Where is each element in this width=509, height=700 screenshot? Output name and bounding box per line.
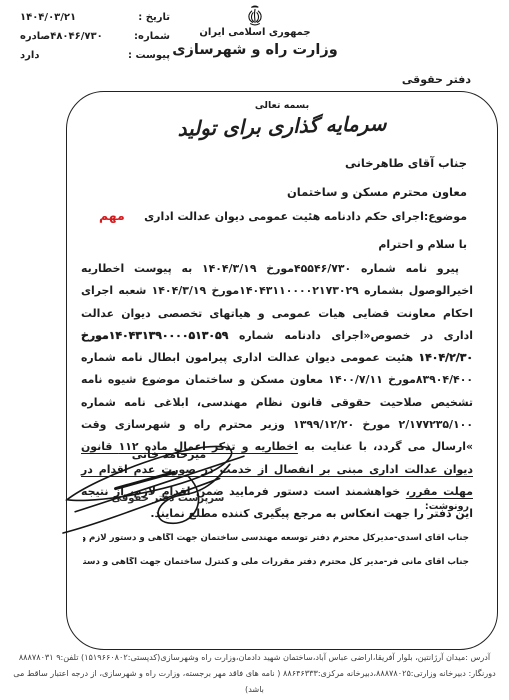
year-slogan-calligraphy: سرمایه گذاری برای تولید [67,108,497,143]
letter-page: تاریخ : ۱۴۰۴/۰۳/۲۱ شماره: ۴۸۰۴۶/۷۳۰صادره… [0,0,509,700]
attachment-value: دارد [20,50,39,61]
salutation: با سلام و احترام [378,238,467,251]
iran-emblem-icon [244,5,266,27]
date-label: تاریخ : [138,12,170,23]
letter-meta-block: تاریخ : ۱۴۰۴/۰۳/۲۱ شماره: ۴۸۰۴۶/۷۳۰صادره… [20,12,170,69]
meta-date-row: تاریخ : ۱۴۰۴/۰۳/۲۱ [20,12,170,31]
recipient-title: معاون محترم مسکن و ساختمان [287,185,467,199]
subject-line: موضوع:اجرای حکم دادنامه هئیت عمومی دیوان… [144,210,467,223]
ministry-title: وزارت راه و شهرسازی [140,42,370,58]
date-value: ۱۴۰۴/۰۳/۲۱ [20,12,76,23]
office-title: دفتر حقوقی [402,73,471,86]
important-badge: مهم [99,208,125,223]
number-value: ۴۸۰۴۶/۷۳۰صادره [20,31,103,42]
footer-fax-line: دورنگار: دبیرخانه وزارتی:۸۸۸۷۸۰۲۵،دبیرخا… [6,665,503,697]
country-title: جمهوری اسلامی ایران [155,27,355,38]
letter-frame: بسمه تعالی سرمایه گذاری برای تولید جناب … [66,91,498,650]
cc-label: رونوشت: [425,501,469,512]
recipient-name: جناب آقای طاهرخانی [345,156,467,170]
cc-item: جناب آقای مانی فر-مدیر کل محترم دفتر مقر… [83,557,469,567]
signature-scribble-icon [61,430,253,538]
footer-contact-block: آدرس :میدان آرژانتین، بلوار آفریقا،اراضی… [6,649,503,697]
footer-address-line: آدرس :میدان آرژانتین، بلوار آفریقا،اراضی… [6,649,503,665]
